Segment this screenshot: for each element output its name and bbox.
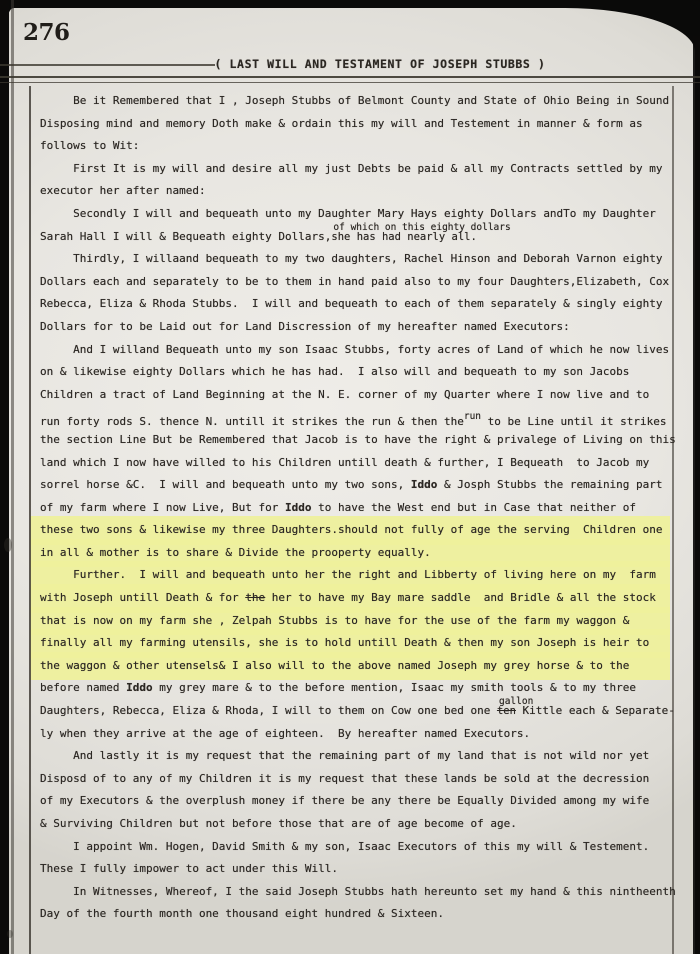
scan-right-edge: [693, 36, 700, 954]
scan-artifact: [4, 538, 12, 552]
text-line: Be it Remembered that I , Joseph Stubbs …: [40, 90, 676, 113]
text-line: Sarah Hall I will & Bequeath eighty Doll…: [40, 226, 676, 249]
left-margin-rule: [29, 86, 31, 954]
text-line: Dollars each and separately to be to the…: [40, 271, 676, 294]
interlined-insertion: gallonten: [497, 705, 516, 717]
interlined-insertion: of which on this eighty dollarsshe has h…: [331, 231, 476, 243]
text-line: ly when they arrive at the age of eighte…: [40, 723, 676, 746]
text-line: executor her after named:: [40, 180, 676, 203]
text-line: I appoint Wm. Hogen, David Smith & my so…: [40, 836, 676, 859]
header-rule-bottom: [0, 82, 700, 83]
text-line: the section Line But be Remembered that …: [40, 429, 676, 452]
text-line-highlighted: finally all my farming utensils, she is …: [40, 632, 676, 655]
text-line: sorrel horse &C. I will and bequeath unt…: [40, 474, 676, 497]
text-line: In Witnesses, Whereof, I the said Joseph…: [40, 881, 676, 904]
text-line-highlighted: that is now on my farm she , Zelpah Stub…: [40, 610, 676, 633]
page-number: 276: [23, 19, 70, 46]
text-line: Thirdly, I willaand bequeath to my two d…: [40, 248, 676, 271]
text-line: before named Iddo my grey mare & to the …: [40, 677, 676, 700]
text-line: First It is my will and desire all my ju…: [40, 158, 676, 181]
text-line: on & likewise eighty Dollars which he ha…: [40, 361, 676, 384]
text-line: Rebecca, Eliza & Rhoda Stubbs. I will an…: [40, 293, 676, 316]
text-line: And lastly it is my request that the rem…: [40, 745, 676, 768]
text-line-highlighted: Further. I will and bequeath unto her th…: [40, 564, 676, 587]
text-line: & Surviving Children but not before thos…: [40, 813, 676, 836]
text-line: Daughters, Rebecca, Eliza & Rhoda, I wil…: [40, 700, 676, 723]
text-line-highlighted: the waggon & other utensels& I also will…: [40, 655, 676, 678]
text-line: follows to Wit:: [40, 135, 676, 158]
scan-artifact: [7, 930, 13, 938]
text-line-highlighted: these two sons & likewise my three Daugh…: [40, 519, 676, 542]
scan-left-edge: [0, 0, 9, 954]
text-line: of my Executors & the overplush money if…: [40, 790, 676, 813]
text-line: land which I now have willed to his Chil…: [40, 452, 676, 475]
text-line: Disposing mind and memory Doth make & or…: [40, 113, 676, 136]
text-line: And I willand Bequeath unto my son Isaac…: [40, 339, 676, 362]
text-line-highlighted: with Joseph untill Death & for the her t…: [40, 587, 676, 610]
text-line-highlighted: in all & mother is to share & Divide the…: [40, 542, 676, 565]
text-line: Day of the fourth month one thousand eig…: [40, 903, 676, 926]
text-line: Dollars for to be Laid out for Land Disc…: [40, 316, 676, 339]
scan-left-edge-shadow: [11, 0, 14, 954]
text-line: These I fully impower to act under this …: [40, 858, 676, 881]
header-rule-top: [0, 76, 700, 78]
scanned-will-page: { "page_number": "276", "title": "( LAST…: [0, 0, 700, 954]
text-block: Be it Remembered that I , Joseph Stubbs …: [40, 90, 676, 926]
page-content: 276 ( LAST WILL AND TESTAMENT OF JOSEPH …: [0, 0, 700, 954]
document-title: ( LAST WILL AND TESTAMENT OF JOSEPH STUB…: [60, 57, 700, 71]
text-line: run forty rods S. thence N. untill it st…: [40, 406, 676, 429]
text-line: Disposd of to any of my Children it is m…: [40, 768, 676, 791]
text-line: Children a tract of Land Beginning at th…: [40, 384, 676, 407]
text-line: of my farm where I now Live, But for Idd…: [40, 497, 676, 520]
